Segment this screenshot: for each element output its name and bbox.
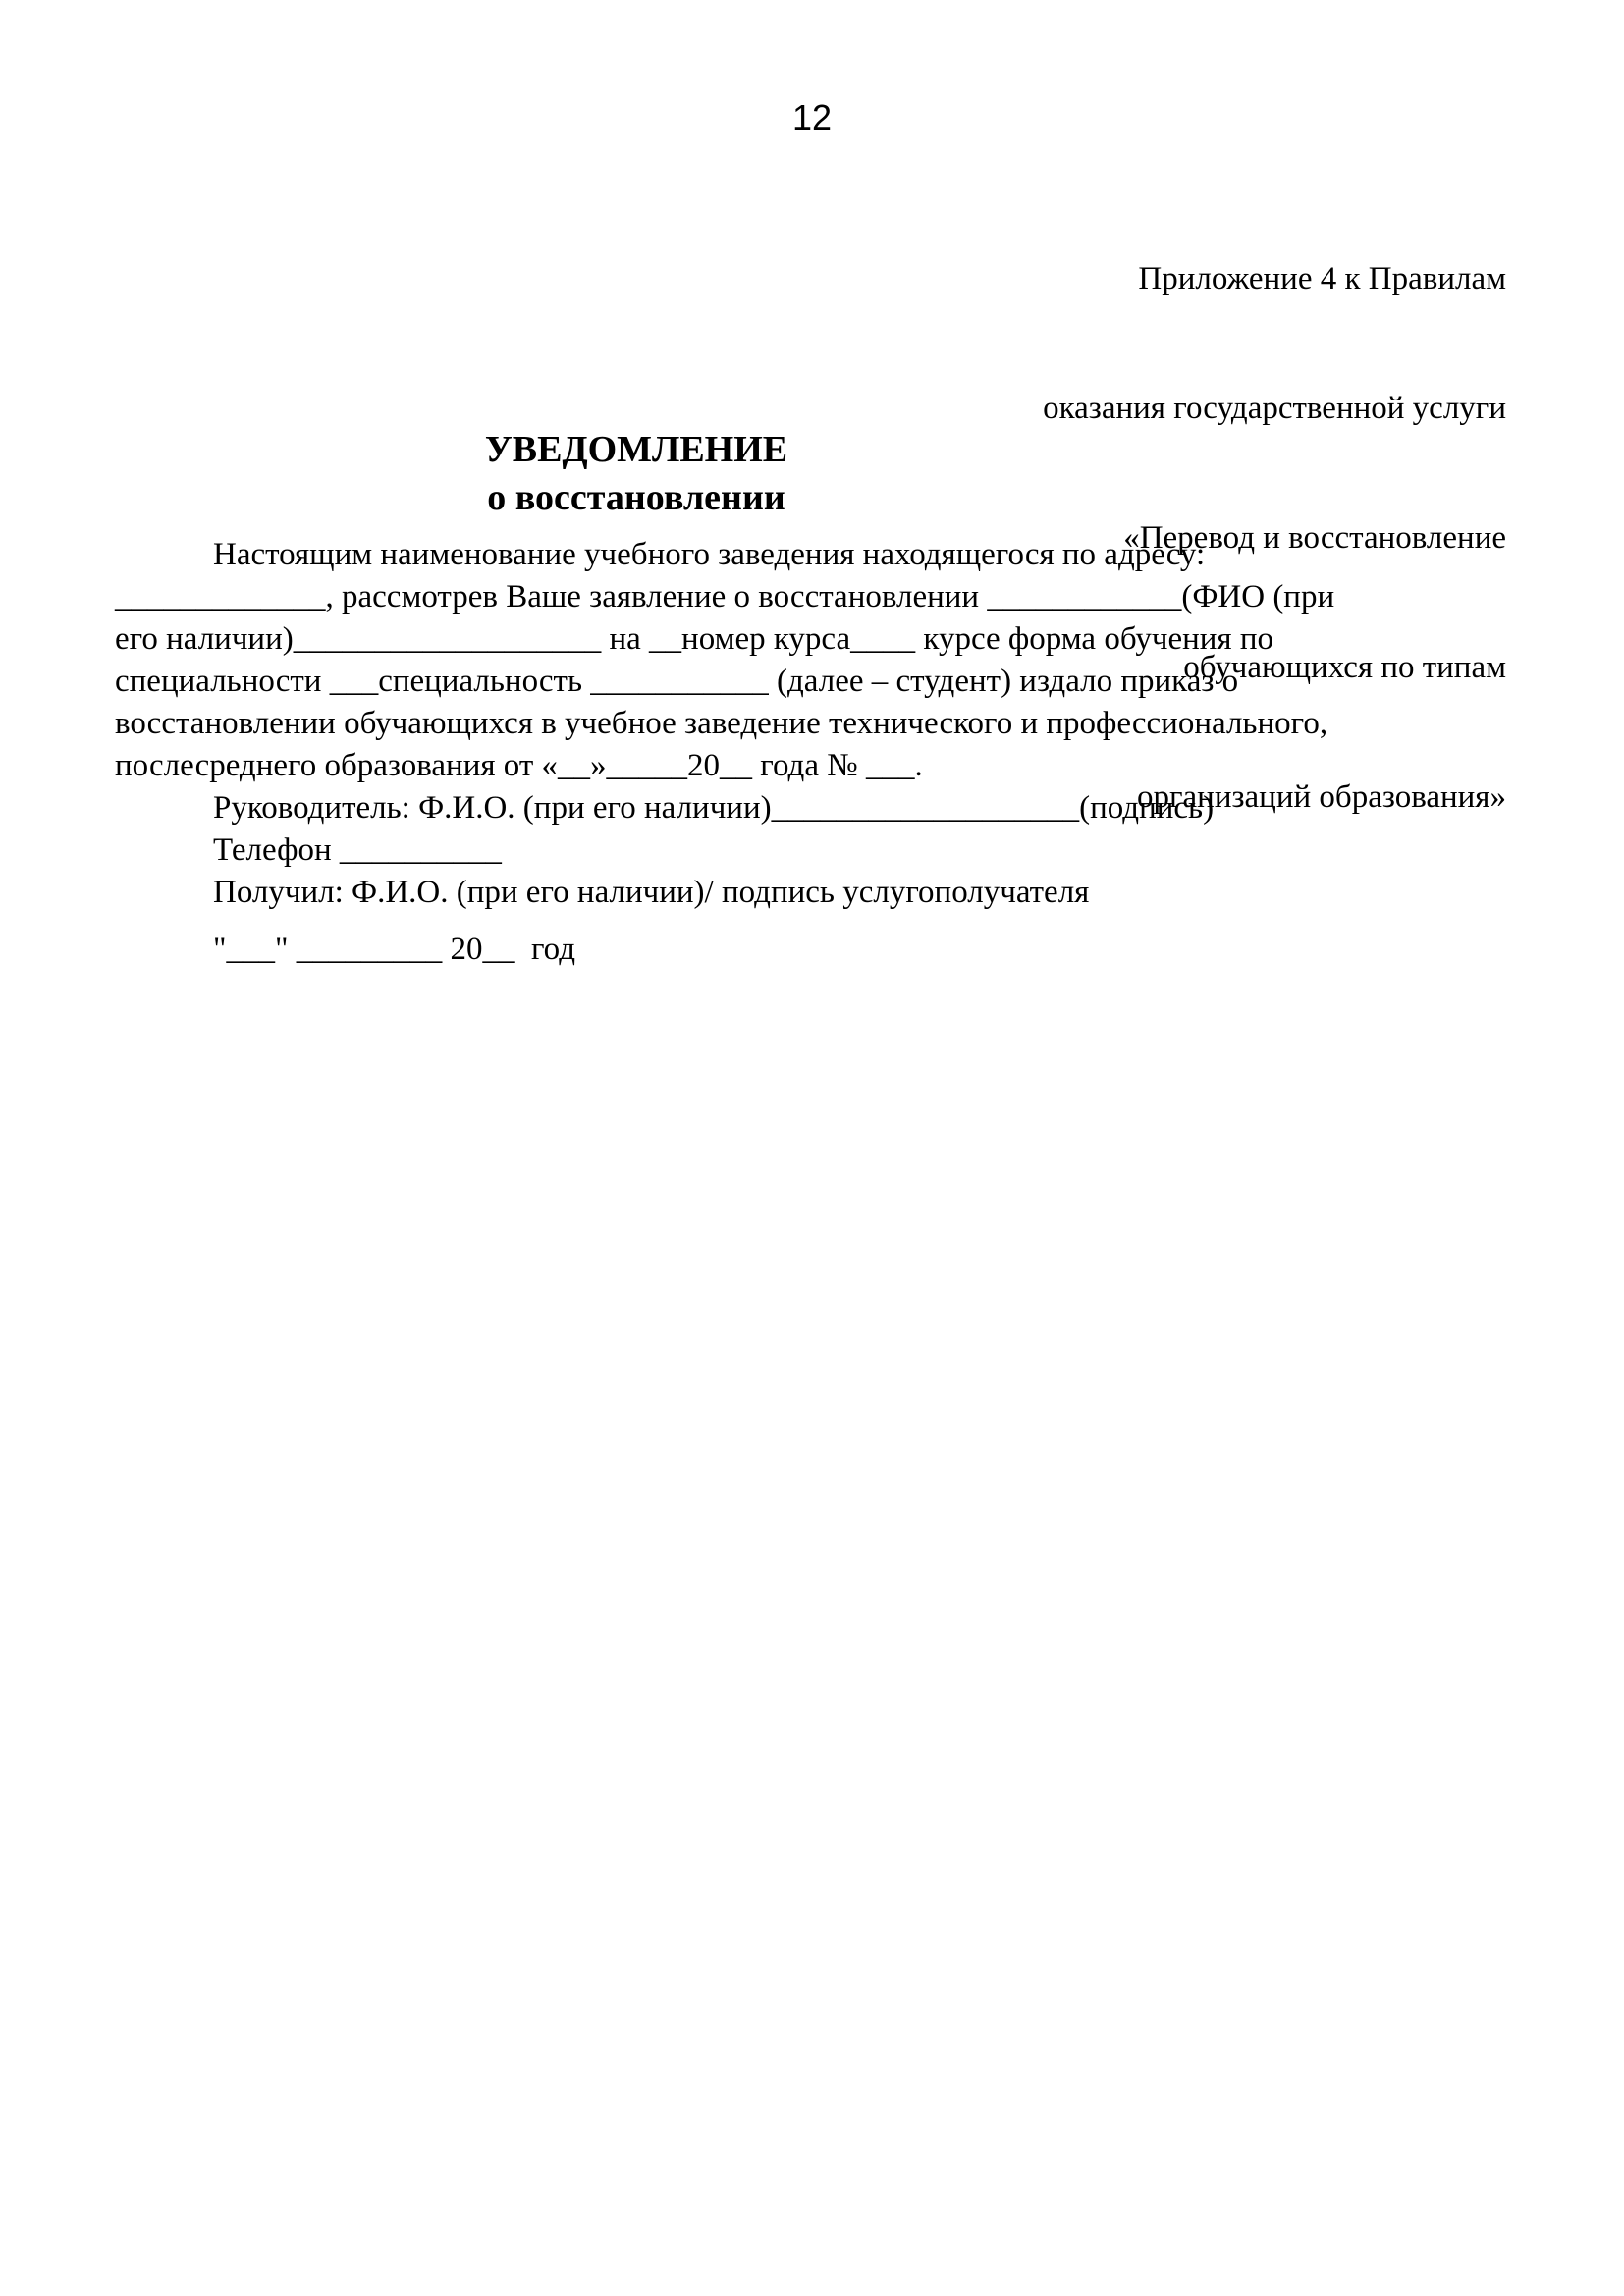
appendix-line: оказания государственной услуги	[1043, 387, 1506, 430]
phone-line: Телефон __________	[115, 829, 1548, 872]
document-page: 12 Приложение 4 к Правилам оказания госу…	[0, 0, 1624, 2296]
body-line-course: его наличии)___________________ на __ном…	[115, 618, 1548, 661]
body-line-intro: Настоящим наименование учебного заведени…	[115, 534, 1548, 576]
body-line-blank-fio: _____________, рассмотрев Ваше заявление…	[115, 576, 1548, 618]
body-line-date-no: послесреднего образования от «__»_____20…	[115, 745, 1548, 787]
document-title-block: УВЕДОМЛЕНИЕ о восстановлении	[460, 426, 813, 522]
document-subtitle: о восстановлении	[460, 474, 813, 522]
document-title: УВЕДОМЛЕНИЕ	[460, 426, 813, 474]
body-line-specialty: специальности ___специальность _________…	[115, 661, 1548, 703]
received-line: Получил: Ф.И.О. (при его наличии)/ подпи…	[115, 872, 1548, 914]
page-number: 12	[0, 96, 1624, 138]
appendix-line: Приложение 4 к Правилам	[1043, 257, 1506, 300]
document-body: Настоящим наименование учебного заведени…	[115, 534, 1548, 971]
body-line-order: восстановлении обучающихся в учебное зав…	[115, 703, 1548, 745]
director-line: Руководитель: Ф.И.О. (при его наличии)__…	[115, 787, 1548, 829]
signature-date-line: "___" _________ 20__ год	[115, 929, 1548, 971]
